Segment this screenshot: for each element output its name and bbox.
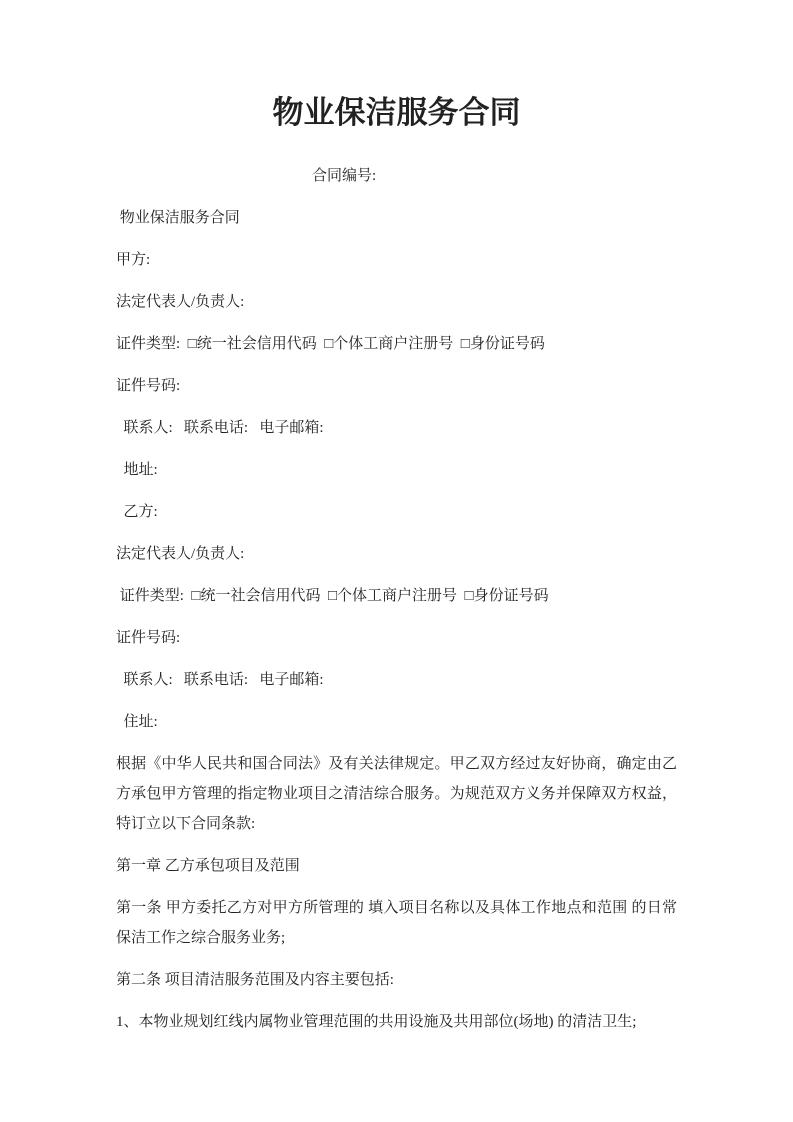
party-b-contact: 联系人: 联系电话: 电子邮箱: <box>116 665 677 695</box>
contract-document-page: 物业保洁服务合同 合同编号: 物业保洁服务合同甲方:法定代表人/负责人:证件类型… <box>0 0 793 1122</box>
party-a-contact: 联系人: 联系电话: 电子邮箱: <box>116 413 677 443</box>
preamble: 根据《中华人民共和国合同法》及有关法律规定。甲乙双方经过友好协商，确定由乙方承包… <box>116 749 677 839</box>
subtitle-line: 物业保洁服务合同 <box>116 203 677 233</box>
party-a-address: 地址: <box>116 455 677 485</box>
party-a-label: 甲方: <box>116 245 677 275</box>
party-b-address: 住址: <box>116 707 677 737</box>
document-body: 物业保洁服务合同甲方:法定代表人/负责人:证件类型: □统一社会信用代码 □个体… <box>116 203 677 1037</box>
party-b-cert-type: 证件类型: □统一社会信用代码 □个体工商户注册号 □身份证号码 <box>116 581 677 611</box>
party-a-cert-number: 证件号码: <box>116 371 677 401</box>
article-1: 第一条 甲方委托乙方对甲方所管理的 填入项目名称以及具体工作地点和范围 的日常保… <box>116 893 677 953</box>
party-b-legal-rep: 法定代表人/负责人: <box>116 539 677 569</box>
document-title: 物业保洁服务合同 <box>116 90 677 136</box>
party-a-legal-rep: 法定代表人/负责人: <box>116 287 677 317</box>
chapter-1-heading: 第一章 乙方承包项目及范围 <box>116 851 677 881</box>
article-2: 第二条 项目清洁服务范围及内容主要包括: <box>116 965 677 995</box>
party-b-cert-number: 证件号码: <box>116 623 677 653</box>
item-1: 1、本物业规划红线内属物业管理范围的共用设施及共用部位(场地) 的清洁卫生; <box>116 1007 677 1037</box>
party-a-cert-type: 证件类型: □统一社会信用代码 □个体工商户注册号 □身份证号码 <box>116 329 677 359</box>
party-b-label: 乙方: <box>116 497 677 527</box>
contract-number-line: 合同编号: <box>116 161 677 191</box>
